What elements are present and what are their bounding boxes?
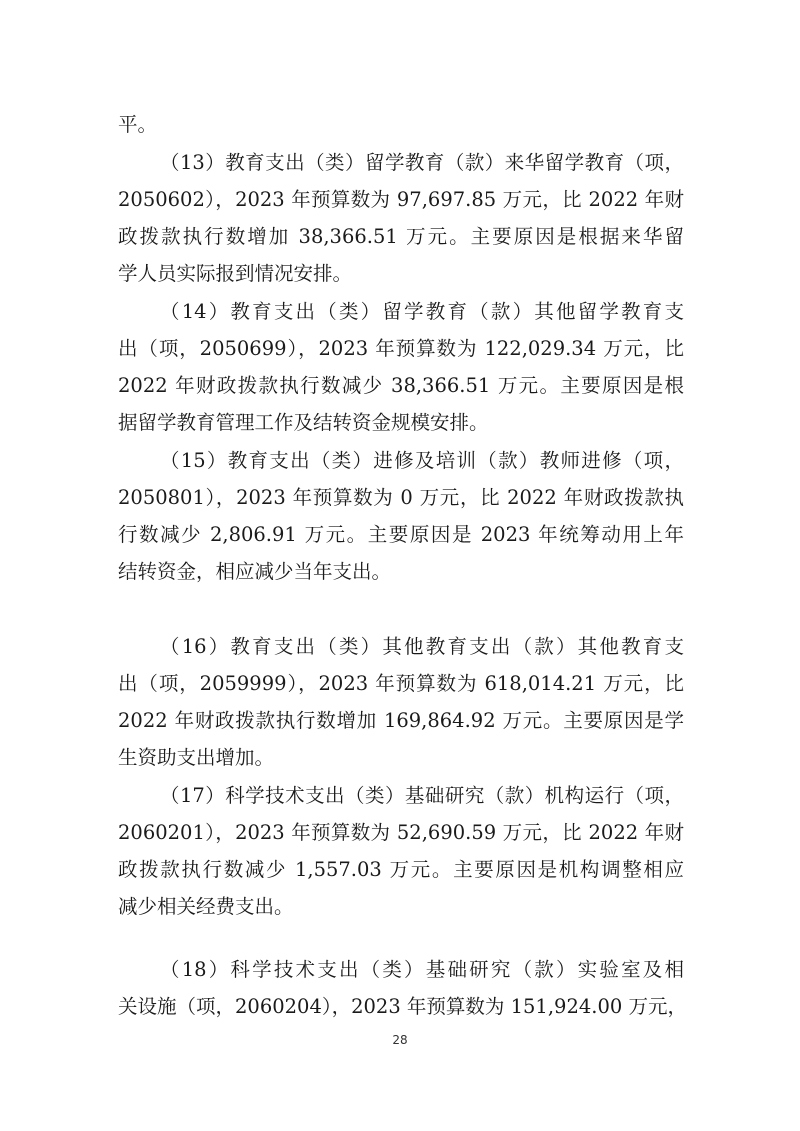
paragraph-15-line-1: （15）教育支出（类）进修及培训（款）教师进修（项，: [160, 446, 684, 476]
paragraph-16-line-3: 2022 年财政拨款执行数增加 169,864.92 万元。主要原因是学: [118, 706, 684, 736]
paragraph-17-line-2: 2060201），2023 年预算数为 52,690.59 万元，比 2022 …: [118, 818, 684, 848]
paragraph-14-line-2: 出（项，2050699），2023 年预算数为 122,029.34 万元，比: [118, 334, 684, 364]
paragraph-13-line-4: 学人员实际报到情况安排。: [118, 259, 684, 289]
paragraph-14-line-4: 据留学教育管理工作及结转资金规模安排。: [118, 408, 684, 438]
paragraph-18-line-1: （18）科学技术支出（类）基础研究（款）实验室及相: [160, 955, 684, 985]
paragraph-16-line-1: （16）教育支出（类）其他教育支出（款）其他教育支: [160, 632, 684, 662]
paragraph-15-line-3: 行数减少 2,806.91 万元。主要原因是 2023 年统筹动用上年: [118, 520, 684, 550]
paragraph-15-line-2: 2050801），2023 年预算数为 0 万元，比 2022 年财政拨款执: [118, 483, 684, 513]
paragraph-13-line-1: （13）教育支出（类）留学教育（款）来华留学教育（项，: [160, 148, 684, 178]
paragraph-17-line-4: 减少相关经费支出。: [118, 892, 684, 922]
paragraph-13-line-3: 政拨款执行数增加 38,366.51 万元。主要原因是根据来华留: [118, 222, 684, 252]
paragraph-12-continuation: 平。: [118, 110, 684, 140]
paragraph-16-line-4: 生资助支出增加。: [118, 743, 684, 773]
paragraph-18-line-2: 关设施（项，2060204），2023 年预算数为 151,924.00 万元，: [118, 992, 684, 1022]
document-page: 平。 （13）教育支出（类）留学教育（款）来华留学教育（项， 2050602），…: [0, 0, 800, 1131]
paragraph-16-line-2: 出（项，2059999），2023 年预算数为 618,014.21 万元，比: [118, 669, 684, 699]
paragraph-17-line-1: （17）科学技术支出（类）基础研究（款）机构运行（项，: [160, 781, 684, 811]
paragraph-13-line-2: 2050602），2023 年预算数为 97,697.85 万元，比 2022 …: [118, 185, 684, 215]
paragraph-14-line-1: （14）教育支出（类）留学教育（款）其他留学教育支: [160, 297, 684, 327]
paragraph-17-line-3: 政拨款执行数减少 1,557.03 万元。主要原因是机构调整相应: [118, 855, 684, 885]
paragraph-14-line-3: 2022 年财政拨款执行数减少 38,366.51 万元。主要原因是根: [118, 371, 684, 401]
page-number: 28: [0, 1033, 800, 1047]
paragraph-15-line-4: 结转资金，相应减少当年支出。: [118, 557, 684, 587]
